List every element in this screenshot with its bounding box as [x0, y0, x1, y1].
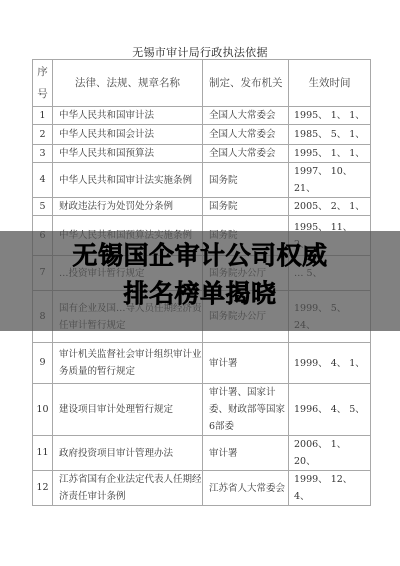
row-date: 2006、 1、 20、: [289, 436, 371, 471]
row-num: 10: [33, 384, 53, 436]
table-header-row: 序号 法律、法规、规章名称 制定、发布机关 生效时间: [33, 60, 371, 107]
row-date: 1995、 1、 1、: [289, 107, 371, 125]
row-date: 1997、 10、 21、: [289, 163, 371, 198]
row-org: 审计署、国家计委、财政部等国家6部委: [203, 384, 289, 436]
row-num: 9: [33, 343, 53, 384]
row-num: 11: [33, 436, 53, 471]
row-name: 中华人民共和国会计法: [53, 125, 203, 145]
table-row: 4 中华人民共和国审计法实施条例 国务院 1997、 10、 21、: [33, 163, 371, 198]
table-row: 3 中华人民共和国预算法 全国人大常委会 1995、 1、 1、: [33, 145, 371, 163]
document-title: 无锡市审计局行政执法依据: [0, 44, 400, 60]
row-org: 国务院: [203, 163, 289, 198]
row-date: 1999、 4、 1、: [289, 343, 371, 384]
row-org: 审计署: [203, 436, 289, 471]
row-num: 2: [33, 125, 53, 145]
table-row: 11 政府投资项目审计管理办法 审计署 2006、 1、 20、: [33, 436, 371, 471]
row-date: 1996、 4、 5、: [289, 384, 371, 436]
header-name: 法律、法规、规章名称: [53, 60, 203, 107]
row-org: 审计署: [203, 343, 289, 384]
row-name: 审计机关监督社会审计组织审计业务质量的暂行规定: [53, 343, 203, 384]
row-org: 国务院: [203, 198, 289, 216]
row-name: 中华人民共和国预算法: [53, 145, 203, 163]
row-org: 全国人大常委会: [203, 145, 289, 163]
table-row: 1 中华人民共和国审计法 全国人大常委会 1995、 1、 1、: [33, 107, 371, 125]
header-date: 生效时间: [289, 60, 371, 107]
table-row: 2 中华人民共和国会计法 全国人大常委会 1985、 5、 1、: [33, 125, 371, 145]
row-num: 5: [33, 198, 53, 216]
row-num: 1: [33, 107, 53, 125]
row-org: 全国人大常委会: [203, 107, 289, 125]
header-org: 制定、发布机关: [203, 60, 289, 107]
headline-line-2: 排名榜单揭晓: [0, 275, 400, 313]
row-name: 建设项目审计处理暂行规定: [53, 384, 203, 436]
row-date: 1995、 1、 1、: [289, 145, 371, 163]
headline-overlay: 无锡国企审计公司权威 排名榜单揭晓: [0, 237, 400, 313]
table-row: 9 审计机关监督社会审计组织审计业务质量的暂行规定 审计署 1999、 4、 1…: [33, 343, 371, 384]
row-name: 中华人民共和国审计法实施条例: [53, 163, 203, 198]
row-num: 12: [33, 471, 53, 506]
row-date: 2005、 2、 1、: [289, 198, 371, 216]
row-org: 全国人大常委会: [203, 125, 289, 145]
row-date: 1985、 5、 1、: [289, 125, 371, 145]
table-row: 10 建设项目审计处理暂行规定 审计署、国家计委、财政部等国家6部委 1996、…: [33, 384, 371, 436]
row-name: 政府投资项目审计管理办法: [53, 436, 203, 471]
header-num: 序号: [33, 60, 53, 107]
table-row: 12 江苏省国有企业法定代表人任期经济责任审计条例 江苏省人大常委会 1999、…: [33, 471, 371, 506]
row-num: 3: [33, 145, 53, 163]
row-name: 江苏省国有企业法定代表人任期经济责任审计条例: [53, 471, 203, 506]
row-num: 4: [33, 163, 53, 198]
row-name: 财政违法行为处罚处分条例: [53, 198, 203, 216]
headline-line-1: 无锡国企审计公司权威: [0, 237, 400, 275]
table-row: 5 财政违法行为处罚处分条例 国务院 2005、 2、 1、: [33, 198, 371, 216]
row-date: 1999、 12、 4、: [289, 471, 371, 506]
row-org: 江苏省人大常委会: [203, 471, 289, 506]
row-name: 中华人民共和国审计法: [53, 107, 203, 125]
